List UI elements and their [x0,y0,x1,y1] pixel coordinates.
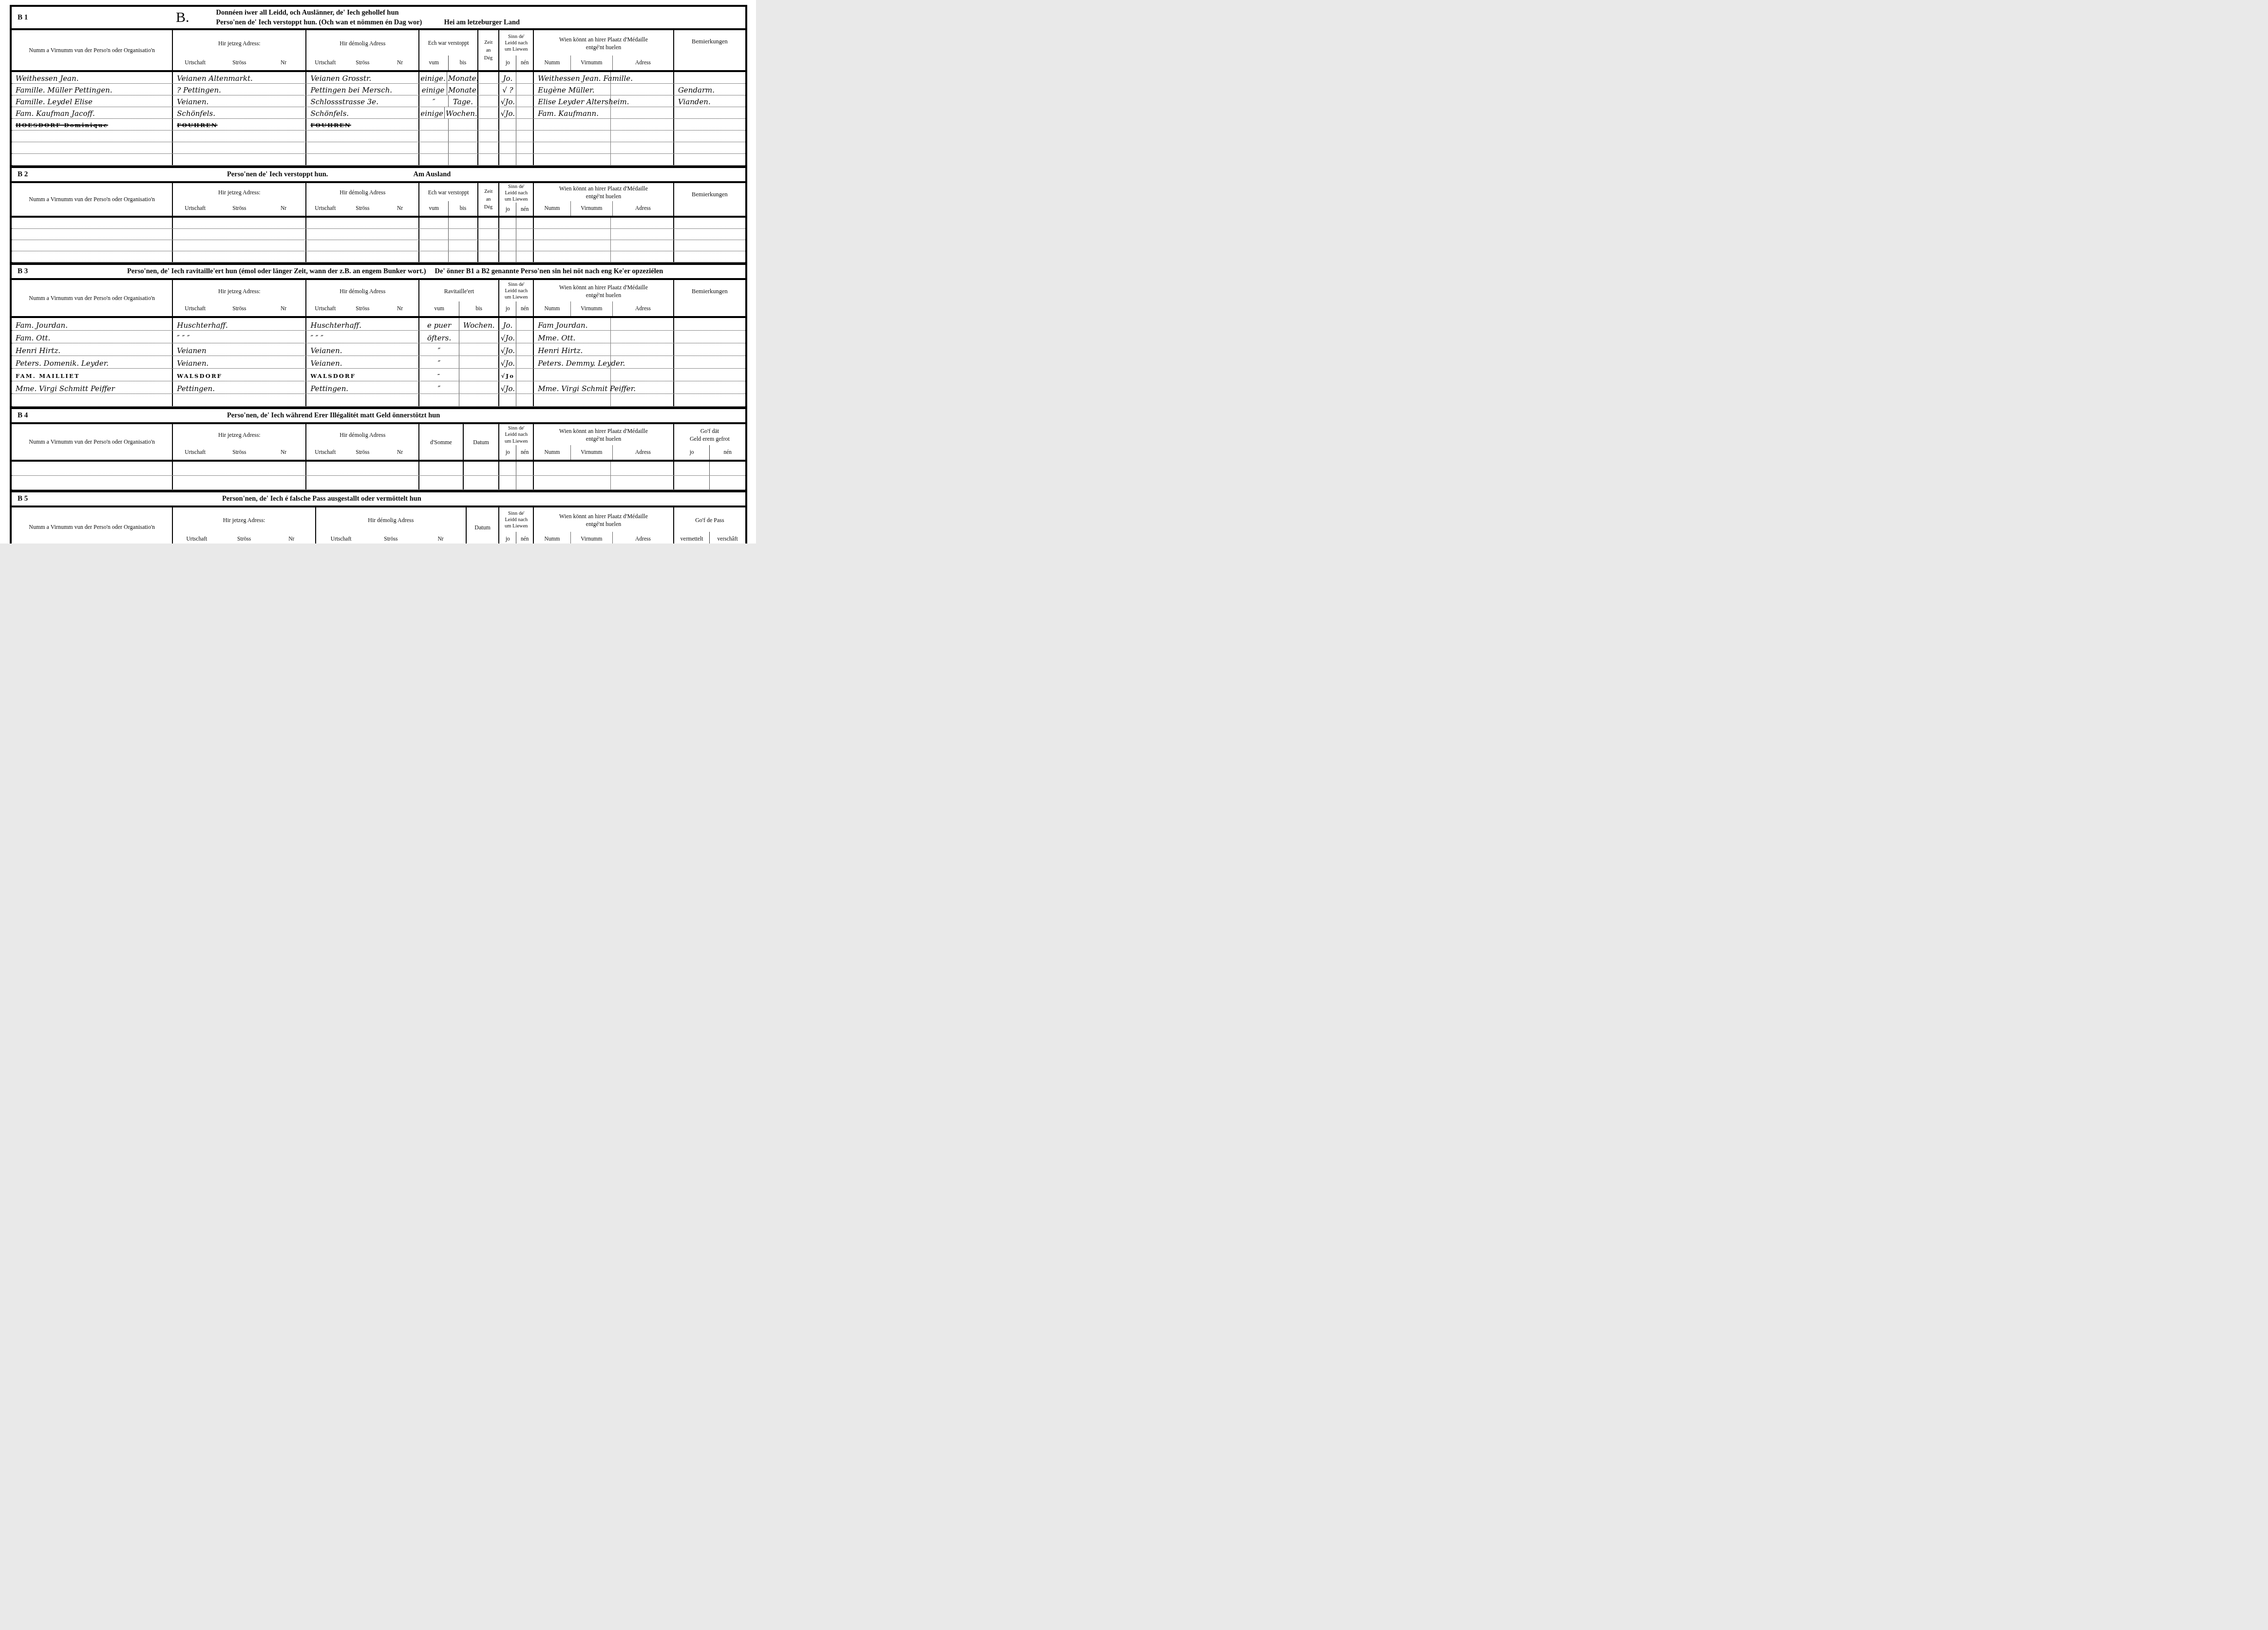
section-b3: B 3 Perso'nen, de' Iech ravitaille'ert h… [12,265,745,409]
urtschaft-label: Urtschaft [173,60,217,66]
handwritten-entry: Vianden. [674,98,712,107]
name-col-label: Numm a Virnumm vun der Perso'n oder Orga… [12,507,172,543]
handwritten-entry [674,393,679,393]
supplied-period-cell: ″ [419,369,499,381]
address-sublabels: Urtschaft Ströss Nr [306,301,418,316]
col-header-medal-recipient: Wien könnt an hirer Plaatz d'Médaille en… [534,507,674,543]
amount-label: d'Somme [419,424,462,460]
current-address-cell: Pettingen. [173,381,306,393]
supplied-period-cell-bis [459,369,499,381]
vermettelt-verschaft-sublabels: vermettelt verschâft [674,532,745,543]
handwritten-entry: Fam. Jourdan. [12,322,69,330]
stross-label: Ströss [217,60,262,66]
money-asked-back-cell-gjo [674,462,710,475]
col-header-medal-recipient: Wien könnt an hirer Plaatz d'Médaille en… [534,30,674,70]
table-row [12,476,745,490]
col-header-former-address: Hir démolig Adress Urtschaft Ströss Nr [306,183,419,216]
section-b4-title-band: B 4 Perso'nen, de' Iech während Erer Ill… [12,409,745,424]
wien-line2: entgé'nt huelen [586,292,621,299]
col-header-former-address: Hir démolig Adress Urtschaft Ströss Nr [306,280,419,316]
handwritten-entry [524,393,526,393]
handwritten-entry [12,261,17,262]
handwritten-entry: Monate [447,87,477,95]
section-b4: B 4 Perso'nen, de' Iech während Erer Ill… [12,409,745,492]
section-b5: B 5 Person'nen, de' Iech é falsche Pass … [12,492,745,543]
section-title: Perso'nen, de' Iech ravitaille'ert hun (… [127,266,426,276]
handwritten-entry [727,488,729,489]
vum-bis-sublabels: vum bis [419,301,498,316]
medal-recipient-label: Wien könnt an hirer Plaatz d'Médaille en… [534,183,673,201]
hidden-period-cell [419,142,478,153]
alive-cell-jo [499,119,516,130]
remarks-label: Bemierkungen [674,183,745,198]
days-cell [478,218,500,228]
handwritten-entry: Schlossstrasse 3e. [306,98,379,107]
alive-label: Sinn de' Leidd nach um Liewen [499,424,533,445]
handwritten-entry: Weithessen Jean. Famille. [534,75,634,83]
handwritten-entry [478,128,483,130]
alive-cell-nen [516,251,533,262]
nr-label: Nr [268,536,315,542]
section-b1-title-band: B 1 B. Donnéen iwer all Leidd, och Auslä… [12,7,745,30]
medal-recipient-cell [534,462,674,475]
days-cell [478,251,500,262]
handwritten-entry: Schönfels. [306,110,350,118]
handwritten-entry: FAM. MAILLIET [12,374,81,381]
address-sublabels: Urtschaft Ströss Nr [173,532,315,543]
handwritten-entry: Henri Hirtz. [534,347,584,356]
handwritten-entry: Veianen Grosstr. [306,75,372,83]
former-address-cell: Veianen. [306,356,419,368]
col-header-current-address: Hir jetzeg Adress: Urtschaft Ströss Nr [173,424,306,460]
gof-geld-line2: Geld erem gefrot [690,435,730,443]
handwritten-entry [173,250,178,251]
handwritten-entry: Pettingen. [306,385,349,393]
current-address-cell: ″ ″ ″ [173,331,306,343]
handwritten-entry [524,379,526,381]
handwritten-entry [524,117,526,118]
handwritten-entry [306,227,311,228]
table-row [12,240,745,251]
handwritten-entry [462,261,464,262]
handwritten-entry: einige [421,87,446,95]
former-address-cell [306,251,419,262]
virnumm-label: Virnumm [570,532,613,543]
date-label: Datum [464,424,499,460]
hidden-period-cell-bis: Tage. [448,95,477,107]
remarks-cell [674,218,745,228]
handwritten-entry [524,152,526,153]
alive-cell-nen [516,369,533,381]
handwritten-entry: √Jo [500,374,515,381]
current-address-cell [173,476,306,489]
nr-label: Nr [262,450,306,455]
handwritten-entry [674,379,679,381]
alive-label: Sinn de' Leidd nach um Liewen [499,183,533,203]
stross-label: Ströss [366,536,416,542]
col-header-alive: Sinn de' Leidd nach um Liewen jo nén [499,424,534,460]
alive-label: Sinn de' Leidd nach um Liewen [499,30,533,56]
handwritten-entry [462,227,464,228]
name-cell [12,476,173,489]
form-sheet: B 1 B. Donnéen iwer all Leidd, och Auslä… [10,5,747,543]
remarks-cell [674,240,745,251]
numm-label: Numm [534,306,570,312]
name-cell [12,251,173,262]
handwritten-entry [524,261,526,262]
wien-line2: entgé'nt huelen [586,193,621,200]
handwritten-entry [674,405,679,406]
col-header-medal-recipient: Wien könnt an hirer Plaatz d'Médaille en… [534,183,674,216]
section-b2: B 2 Perso'nen de' Iech verstoppt hun. Am… [12,168,745,265]
former-address-label: Hir démolig Adress [306,424,418,445]
current-address-cell: Veianen Altenmarkt. [173,72,306,83]
handwritten-entry [524,227,526,228]
sinn-line2: Leidd nach [505,432,528,438]
hidden-period-cell-bis [448,131,477,142]
hidden-period-label: Ech war verstoppt [419,183,477,201]
remarks-cell: Gendarm. [674,84,745,95]
handwritten-entry [306,488,311,489]
handwritten-entry [433,261,435,262]
jo-nen-sublabels: jo nén [499,56,533,70]
days-label: Zeit an Dég [478,183,499,216]
col-header-alive: Sinn de' Leidd nach um Liewen jo nén [499,280,534,316]
handwritten-entry: √Jo. [500,385,516,393]
current-address-cell [173,229,306,240]
remarks-cell [674,369,745,381]
alive-cell-nen [516,394,533,406]
supplied-label: Ravitaille'ert [419,280,498,301]
former-address-cell [306,229,419,240]
numm-virnumm-adress-sublabels: Numm Virnumm Adress [534,445,673,460]
adress-label: Adress [612,532,673,543]
hidden-period-cell [419,240,478,251]
section-b1: B 1 B. Donnéen iwer all Leidd, och Auslä… [12,7,745,168]
medal-recipient-cell [534,394,674,406]
wien-line2: entgé'nt huelen [586,44,621,51]
hidden-period-cell-vum [419,251,448,262]
days-cell [478,131,500,142]
hidden-period-cell-vum [419,131,448,142]
vum-label: vum [419,306,459,312]
handwritten-entry [462,239,464,240]
handwritten-entry: Monate. [447,75,480,83]
hidden-period-cell [419,119,478,130]
numm-virnumm-adress-sublabels: Numm Virnumm Adress [534,301,673,316]
handwritten-entry [691,474,693,475]
handwritten-entry: Veianen. [173,360,209,368]
handwritten-entry: Schönfels. [173,110,216,118]
nen-label: nén [516,445,533,460]
alive-cell: √Jo [499,369,534,381]
col-header-current-address: Hir jetzeg Adress: Urtschaft Ströss Nr [173,280,306,316]
table-row [12,394,745,407]
current-address-cell: Veianen [173,343,306,356]
days-cell [478,119,500,130]
handwritten-entry [478,342,480,343]
handwritten-entry [727,474,729,475]
stross-label: Ströss [221,536,268,542]
handwritten-entry [173,164,178,165]
handwritten-entry: √Jo. [500,347,516,356]
handwritten-entry [478,379,480,381]
money-asked-back-cell-gjo [674,476,710,489]
title-right: De' önner B1 a B2 genannte Perso'nen sin… [435,267,663,276]
current-address-cell [173,462,306,475]
jo-nen-sublabels: jo nén [499,445,533,460]
handwritten-entry [478,164,483,165]
alive-cell-jo: √ ? [499,84,516,95]
handwritten-entry: Veianen. [306,347,343,356]
current-address-cell [173,240,306,251]
alive-cell [499,394,534,406]
hidden-period-cell-bis [448,240,477,251]
former-address-cell [306,240,419,251]
former-address-cell [306,462,419,475]
sinn-line1: Sinn de' [508,426,525,431]
adress-label: Adress [612,201,673,216]
section-title: Perso'nen de' Iech verstoppt hun. [227,169,328,179]
vum-bis-sublabels: vum bis [419,201,477,216]
handwritten-entry: Mme. Virgi Schmitt Peiffer [12,385,116,393]
title-line-2: Perso'nen de' Iech verstoppt hun. (Och w… [216,18,422,27]
col-header-date: Datum [467,507,500,543]
hidden-period-cell-vum [419,154,448,165]
handwritten-entry [674,261,679,262]
jo-label: jo [499,306,516,312]
alive-label: Sinn de' Leidd nach um Liewen [499,280,533,301]
alive-label: Sinn de' Leidd nach um Liewen [499,507,533,532]
handwritten-entry [478,261,483,262]
handwritten-entry [674,227,679,228]
section-title: Donnéen iwer all Leidd, och Auslänner, d… [216,8,520,28]
alive-cell: √Jo. [499,343,534,356]
handwritten-entry [507,405,509,406]
name-cell [12,229,173,240]
current-address-cell [173,154,306,165]
table-row: Famille. Müller Pettingen.? Pettingen.Pe… [12,84,745,95]
handwritten-entry [438,405,440,406]
wien-line1: Wien könnt an hirer Plaatz d'Médaille [559,284,648,291]
alive-cell-nen [516,154,533,165]
former-address-cell: Veianen. [306,343,419,356]
hidden-period-label: Ech war verstoppt [419,30,477,56]
supplied-period-cell [419,394,499,406]
handwritten-entry: ″ [437,347,442,356]
handwritten-entry [478,355,480,356]
handwritten-entry [507,164,509,165]
alive-cell: √Jo. [499,356,534,368]
deg-word: Dég [484,56,493,61]
handwritten-entry [507,227,509,228]
nen-label: nén [709,445,745,460]
current-address-label: Hir jetzeg Adress: [173,183,305,201]
handwritten-entry [524,474,526,475]
address-sublabels: Urtschaft Ströss Nr [316,532,466,543]
table-row: Mme. Virgi Schmitt PeifferPettingen.Pett… [12,381,745,394]
supplied-period-cell-bis [459,331,499,343]
name-cell [12,462,173,475]
handwritten-entry [306,261,311,262]
handwritten-entry: einige. [419,75,446,83]
handwritten-entry: e puer [426,322,452,330]
col-header-days: Zeit an Dég [478,183,500,216]
virnumm-label: Virnumm [570,445,613,460]
sinn-line2: Leidd nach [505,190,528,196]
alive-cell-jo [499,229,516,240]
medal-recipient-cell [534,251,674,262]
handwritten-entry [507,488,509,489]
alive-cell-jo: √Jo. [499,381,516,393]
handwritten-entry [12,474,17,475]
current-address-label: Hir jetzeg Adress: [173,280,305,301]
handwritten-entry: Elise Leyder Altersheim. [534,98,630,107]
days-cell [478,72,500,83]
scanned-form-page: B 1 B. Donnéen iwer all Leidd, och Auslä… [0,0,756,543]
handwritten-entry: FOUHREN [173,123,218,131]
supplied-period-cell: ″ [419,381,499,393]
hidden-period-cell-vum: einige [419,107,444,118]
handwritten-entry [419,474,424,475]
alive-cell [499,119,534,130]
alive-cell-jo [499,154,516,165]
alive-cell-nen [516,381,533,393]
handwritten-entry [507,239,509,240]
handwritten-entry [478,239,483,240]
table-row: Fam. Kaufman Jacoff.Schönfels.Schönfels.… [12,107,745,119]
b2-rows [12,218,745,262]
nen-label: nén [516,532,533,543]
supplied-period-cell-vum: e puer [419,318,459,330]
handwritten-entry [478,117,483,118]
b3-rows: Fam. Jourdan.Huschterhaff.Huschterhaff.e… [12,318,745,407]
hidden-period-cell-vum: ″ [419,95,448,107]
table-row [12,218,745,229]
alive-cell-nen [516,142,533,153]
col-header-hidden-period: Ech war verstoppt vum bis [419,183,478,216]
handwritten-entry [478,82,483,83]
table-row: FAM. MAILLIETWALSDORFWALSDORF″√Jo [12,369,745,381]
name-cell [12,154,173,165]
medal-recipient-cell: Henri Hirtz. [534,343,674,356]
hidden-period-cell-bis: Monate [447,84,477,95]
current-address-cell: Schönfels. [173,107,306,118]
hidden-period-cell-vum [419,218,448,228]
b1-column-header: Numm a Virnumm vun der Perso'n oder Orga… [12,30,745,72]
handwritten-entry [691,488,693,489]
handwritten-entry: Jo. [502,322,514,330]
handwritten-entry: Mme. Virgi Schmit Peiffer. [534,385,637,393]
medal-recipient-cell: Fam. Kaufmann. [534,107,674,118]
handwritten-entry [433,141,435,142]
alive-cell-jo [499,394,516,406]
alive-cell: √ ? [499,84,534,95]
hidden-period-cell-vum [419,229,448,240]
section-b5-title-band: B 5 Person'nen, de' Iech é falsche Pass … [12,492,745,507]
current-address-cell: ? Pettingen. [173,84,306,95]
hidden-period-cell: einigeMonate [419,84,478,95]
col-header-remarks: Bemierkungen [674,183,745,216]
supplied-period-cell-bis [459,343,499,356]
handwritten-entry [524,342,526,343]
handwritten-entry: FOUHREN [306,123,352,131]
remarks-cell [674,356,745,368]
current-address-cell [173,131,306,142]
handwritten-entry [674,164,679,165]
current-address-cell: Huschterhaff. [173,318,306,330]
col-header-hidden-period: Ech war verstoppt vum bis [419,30,478,70]
nr-label: Nr [416,536,465,542]
remarks-cell [674,72,745,83]
name-cell: Fam. Kaufman Jacoff. [12,107,173,118]
supplied-period-cell-bis [459,356,499,368]
former-address-cell [306,131,419,142]
hidden-period-cell: einigeWochen. [419,107,478,118]
money-asked-back-cell [674,476,745,489]
former-address-cell: Schlossstrasse 3e. [306,95,419,107]
handwritten-entry [524,128,526,130]
hidden-period-cell: einige.Monate. [419,72,478,83]
remarks-cell [674,251,745,262]
handwritten-entry [674,82,679,83]
vum-bis-sublabels: vum bis [419,56,477,70]
col-header-current-address: Hir jetzeg Adress: Urtschaft Ströss Nr [173,30,306,70]
table-row [12,462,745,476]
alive-cell: Jo. [499,318,534,330]
handwritten-entry [534,227,539,228]
alive-cell-jo: √Jo. [499,343,516,356]
alive-cell [499,251,534,262]
medal-recipient-cell [534,218,674,228]
col-header-remarks: Bemierkungen [674,30,745,70]
former-address-cell [306,476,419,489]
date-label: Datum [467,507,499,543]
nr-label: Nr [381,206,419,211]
hidden-period-cell-bis [448,154,477,165]
col-header-name: Numm a Virnumm vun der Perso'n oder Orga… [12,183,173,216]
handwritten-entry: Veianen Altenmarkt. [173,75,253,83]
sinn-line3: um Liewen [505,439,528,445]
handwritten-entry: WALSDORF [173,374,223,381]
title-line-2-wrap: Perso'nen de' Iech verstoppt hun. (Och w… [216,18,520,27]
supplied-period-cell: öfters. [419,331,499,343]
name-cell: Famille. Leydel Elise [12,95,173,107]
jo-label: jo [499,450,516,455]
remarks-cell [674,331,745,343]
handwritten-entry: √Jo. [500,360,516,368]
table-row [12,142,745,154]
name-col-label: Numm a Virnumm vun der Perso'n oder Orga… [12,424,172,460]
former-address-cell: Pettingen bei Mersch. [306,84,419,95]
col-header-name: Numm a Virnumm vun der Perso'n oder Orga… [12,30,173,70]
alive-cell [499,154,534,165]
money-asked-back-cell [674,462,745,475]
sinn-line2: Leidd nach [505,40,528,46]
handwritten-entry [433,152,435,153]
handwritten-entry: ″ ″ ″ [306,335,324,343]
stross-label: Ströss [344,450,381,455]
hidden-period-cell [419,251,478,262]
handwritten-entry [478,250,483,251]
nen-label: nén [516,56,533,70]
supplied-period-cell-bis [459,394,499,406]
table-row: Weithessen Jean.Veianen Altenmarkt.Veian… [12,72,745,84]
section-b2-title-band: B 2 Perso'nen de' Iech verstoppt hun. Am… [12,168,745,183]
supplied-period-cell-bis: Wochen. [459,318,499,330]
an-word: an [486,197,491,202]
handwritten-entry [173,261,178,262]
